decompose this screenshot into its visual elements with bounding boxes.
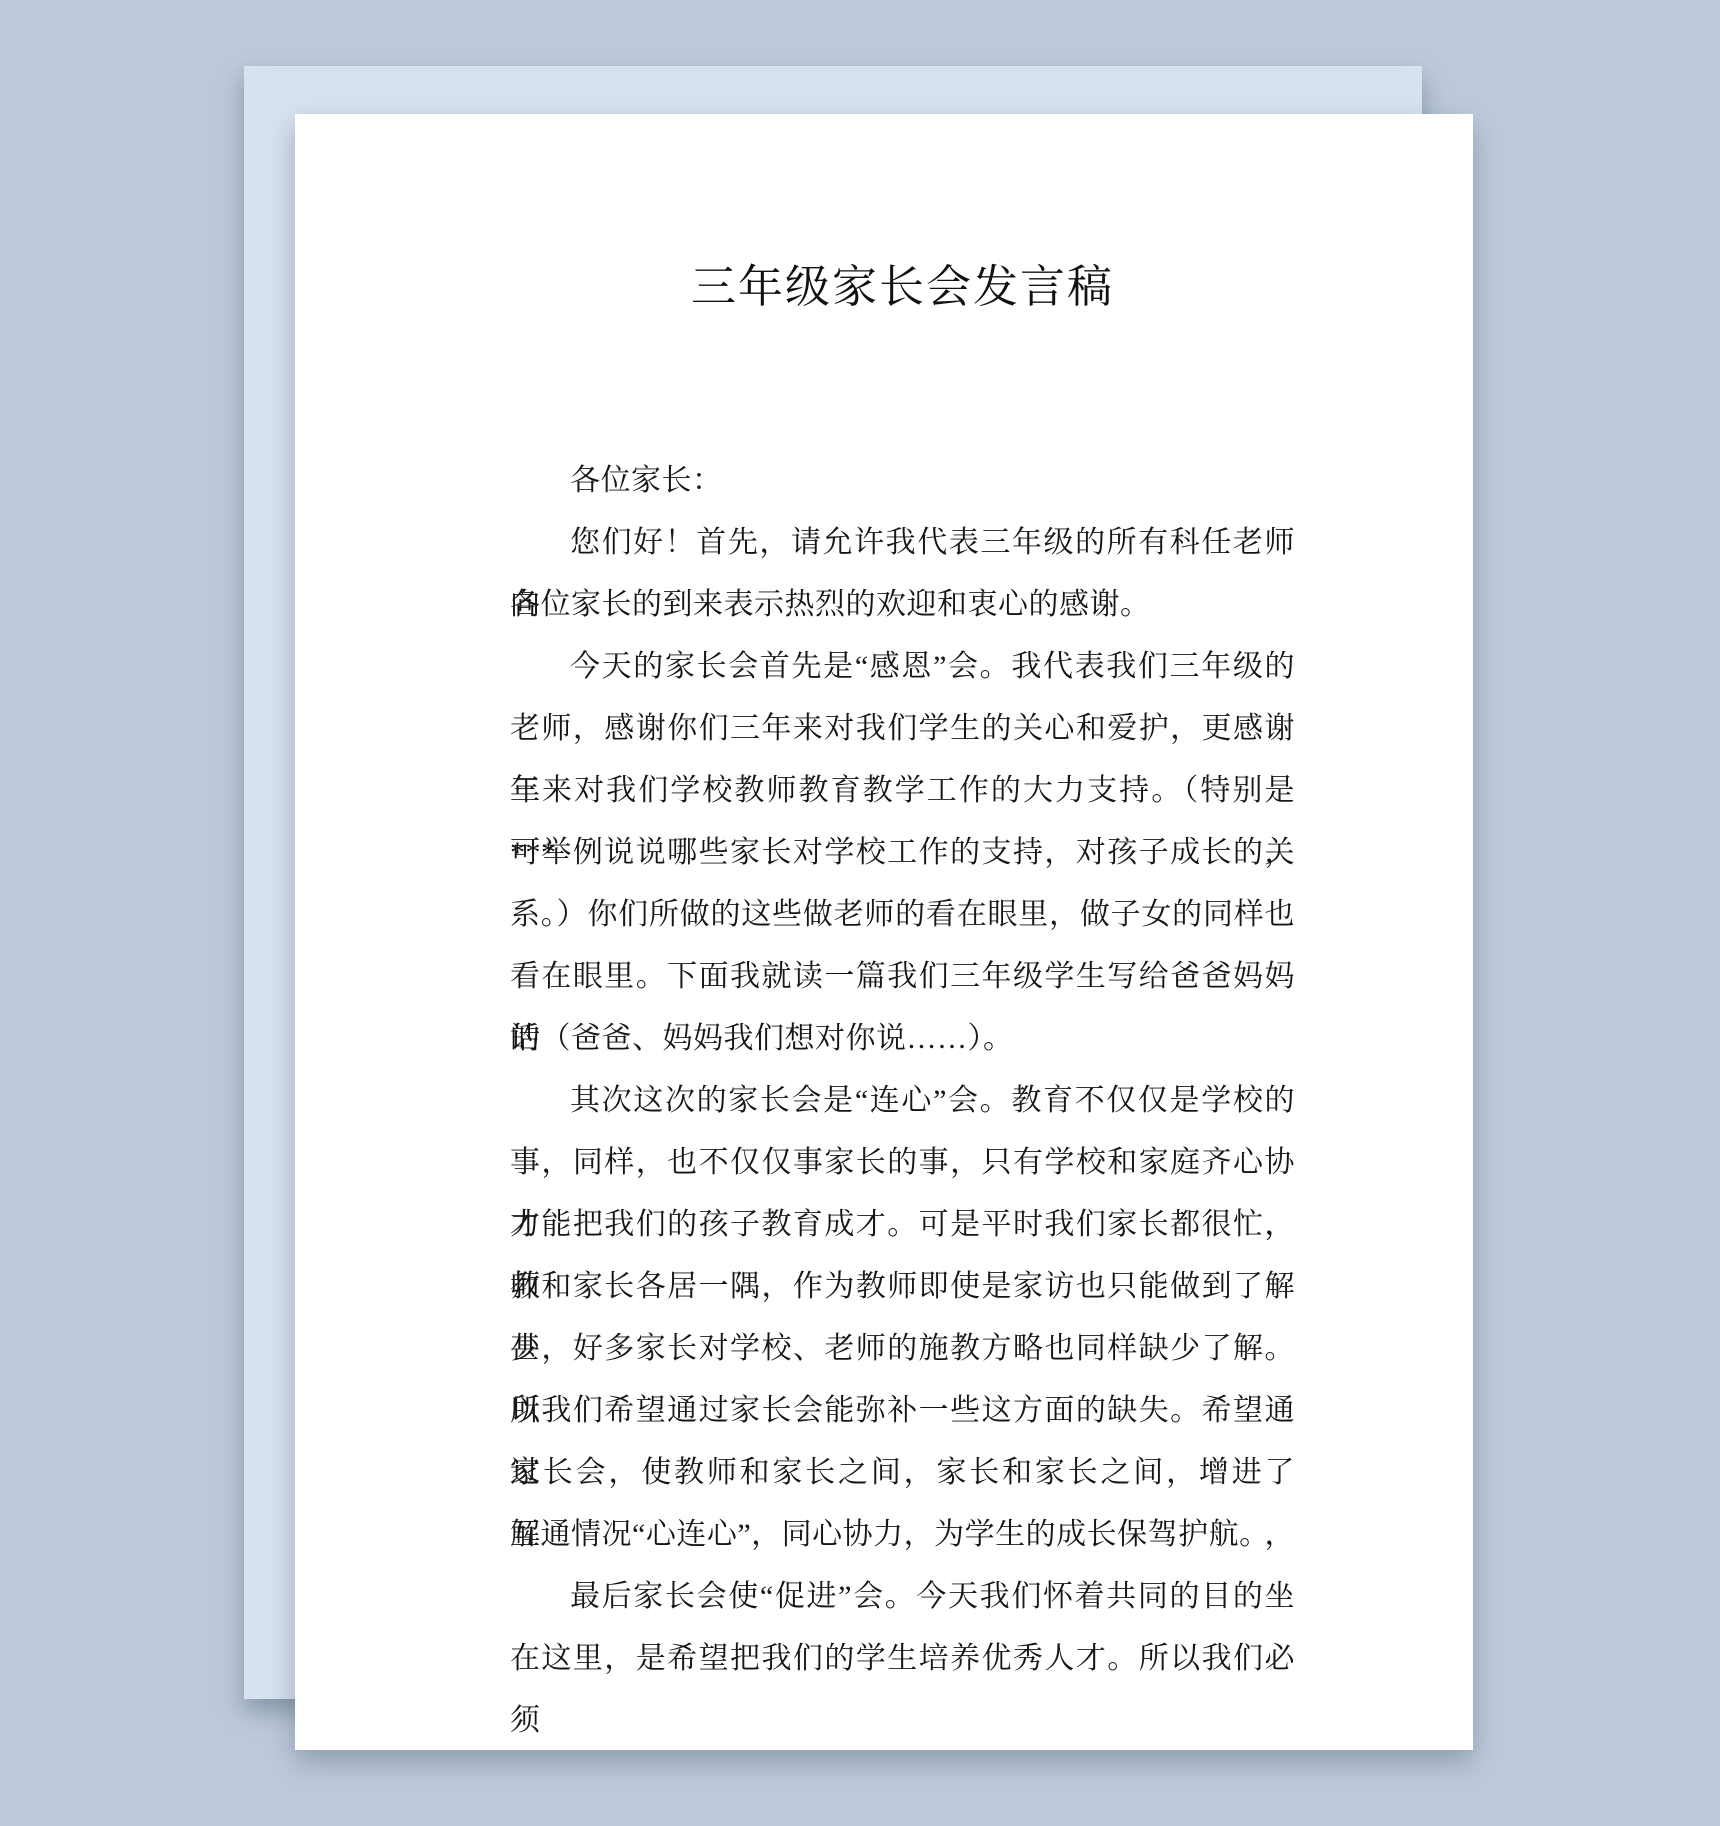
text-line: 老师，感谢你们三年来对我们学生的关心和爱护，更感谢三 [510, 698, 1295, 760]
text-line: 最后家长会使“促进”会。今天我们怀着共同的目的坐 [510, 1566, 1295, 1628]
text-line: 少，好多家长对学校、老师的施教方略也同样缺少了解。所 [510, 1318, 1295, 1380]
text-line: 在这里，是希望把我们的学生培养优秀人才。所以我们必须 [510, 1628, 1295, 1690]
text-line: 各位家长的到来表示热烈的欢迎和衷心的感谢。 [510, 574, 1295, 636]
text-line: 其次这次的家长会是“连心”会。教育不仅仅是学校的 [510, 1070, 1295, 1132]
text-line: 事，同样，也不仅仅事家长的事，只有学校和家庭齐心协力， [510, 1132, 1295, 1194]
text-line: 年来对我们学校教师教育教学工作的大力支持。（特别是***， [510, 760, 1295, 822]
text-line: 话（爸爸、妈妈我们想对你说……）。 [510, 1008, 1295, 1070]
desktop-background: { "colors": { "background": "#becadb", "… [0, 0, 1720, 1826]
text-line: 才能把我们的孩子教育成才。可是平时我们家长都很忙，教 [510, 1194, 1295, 1256]
document-title: 三年级家长会发言稿 [510, 265, 1295, 310]
text-line: 各位家长： [510, 450, 1295, 512]
text-line: 今天的家长会首先是“感恩”会。我代表我们三年级的 [510, 636, 1295, 698]
text-line: 师和家长各居一隅，作为教师即使是家访也只能做到了解甚 [510, 1256, 1295, 1318]
text-line: 系。）你们所做的这些做老师的看在眼里，做子女的同样也 [510, 884, 1295, 946]
document-page: 三年级家长会发言稿 各位家长：您们好！首先，请允许我代表三年级的所有科任老师向各… [295, 114, 1473, 1750]
text-line: 家长会，使教师和家长之间，家长和家长之间，增进了解， [510, 1442, 1295, 1504]
document-body: 各位家长：您们好！首先，请允许我代表三年级的所有科任老师向各位家长的到来表示热烈… [510, 450, 1295, 1690]
text-line: 您们好！首先，请允许我代表三年级的所有科任老师向 [510, 512, 1295, 574]
text-line: 看在眼里。下面我就读一篇我们三年级学生写给爸爸妈妈的 [510, 946, 1295, 1008]
text-line: 可举例说说哪些家长对学校工作的支持，对孩子成长的关 [510, 822, 1295, 884]
text-line: 互通情况“心连心”，同心协力，为学生的成长保驾护航。 [510, 1504, 1295, 1566]
text-line: 以我们希望通过家长会能弥补一些这方面的缺失。希望通过 [510, 1380, 1295, 1442]
